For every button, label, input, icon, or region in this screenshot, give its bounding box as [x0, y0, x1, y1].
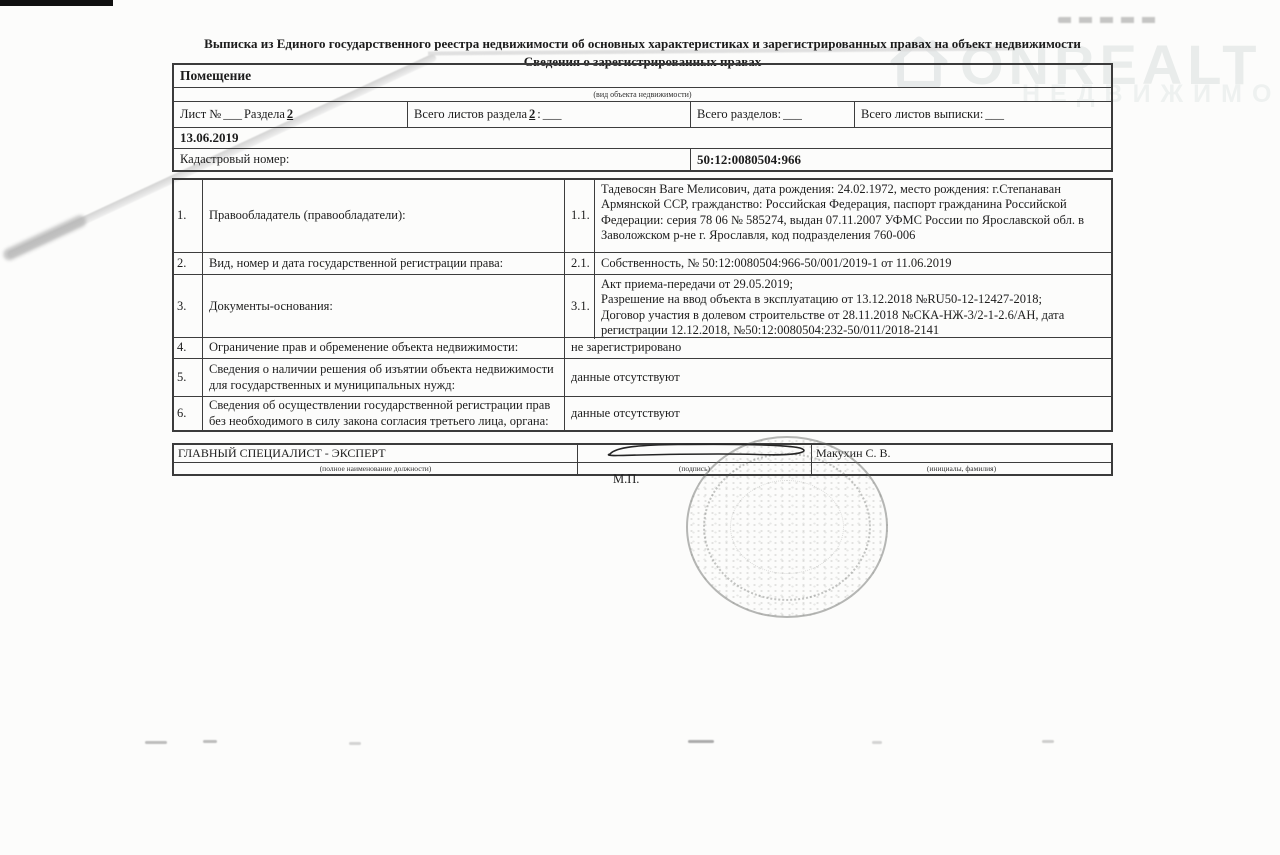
section-number: 2: [285, 107, 295, 122]
position-caption: (полное наименование должности): [174, 463, 577, 474]
date-row: 13.06.2019: [174, 127, 1111, 148]
table-row: 2. Вид, номер и дата государственной рег…: [174, 252, 1111, 274]
official-round-stamp: [686, 436, 888, 618]
row-label: Вид, номер и дата государственной регист…: [202, 253, 564, 274]
handwritten-signature: [598, 441, 816, 461]
object-type-row: Помещение: [174, 65, 1111, 87]
row-label: Правообладатель (правообладатели):: [202, 180, 564, 252]
signature-captions-row: (полное наименование должности) (подпись…: [174, 462, 1111, 474]
sheets-in-section-blank: ___: [541, 107, 564, 122]
sheets-in-section-number: 2: [527, 107, 537, 122]
scan-smudge: [872, 741, 882, 744]
object-type-caption: (вид объекта недвижимости): [593, 91, 691, 99]
sheet-number-cell: Лист № ___ Раздела 2: [174, 102, 407, 127]
row-label: Сведения о наличии решения об изъятии об…: [202, 359, 564, 396]
total-sheets-blank: ___: [983, 107, 1006, 122]
table-row: 1. Правообладатель (правообладатели): 1.…: [174, 180, 1111, 252]
document-title: Выписка из Единого государственного реес…: [150, 36, 1135, 52]
table-row: 6. Сведения об осуществлении государстве…: [174, 396, 1111, 430]
total-sheets-cell: Всего листов выписки: ___: [854, 102, 1111, 127]
official-name: Макухин С. В.: [811, 445, 1111, 462]
row-label: Документы-основания:: [202, 275, 564, 339]
cadastral-row: Кадастровый номер: 50:12:0080504:966: [174, 148, 1111, 170]
sheets-in-section-label: Всего листов раздела: [414, 107, 527, 122]
table-row: 3. Документы-основания: 3.1. Акт приема-…: [174, 274, 1111, 337]
cadastral-number-cell: 50:12:0080504:966: [690, 149, 1111, 170]
sheet-label: Лист №: [180, 107, 221, 122]
row-value: данные отсутствуют: [564, 359, 1111, 396]
table-row: 4. Ограничение прав и обременение объект…: [174, 337, 1111, 358]
row-value: не зарегистрировано: [564, 338, 1111, 358]
row-subnumber: 3.1.: [564, 275, 594, 339]
sheet-blank: ___: [221, 107, 244, 122]
row-label: Сведения об осуществлении государственно…: [202, 397, 564, 430]
scan-smudge: [688, 740, 714, 743]
cadastral-label-cell: Кадастровый номер:: [174, 149, 690, 170]
stamp-place-caption: М.П.: [613, 472, 639, 487]
object-type: Помещение: [180, 68, 251, 84]
cadastral-label: Кадастровый номер:: [180, 152, 289, 167]
row-number: 4.: [174, 338, 202, 358]
section-label: Раздела: [244, 107, 285, 122]
cadastral-number: 50:12:0080504:966: [697, 152, 801, 168]
total-sheets-label: Всего листов выписки:: [861, 107, 983, 122]
registered-rights-table: 1. Правообладатель (правообладатели): 1.…: [172, 178, 1113, 432]
row-value: Собственность, № 50:12:0080504:966-50/00…: [594, 253, 1111, 274]
row-subnumber: 2.1.: [564, 253, 594, 274]
total-sections-blank: ___: [781, 107, 804, 122]
total-sections-cell: Всего разделов: ___: [690, 102, 854, 127]
scan-smudge: [349, 742, 361, 745]
row-value: данные отсутствуют: [564, 397, 1111, 430]
scan-smudge: [145, 741, 167, 744]
row-subnumber: 1.1.: [564, 180, 594, 252]
official-position: ГЛАВНЫЙ СПЕЦИАЛИСТ - ЭКСПЕРТ: [174, 445, 577, 462]
total-sections-label: Всего разделов:: [697, 107, 781, 122]
scan-edge-bar: [0, 0, 113, 6]
sheets-in-section-cell: Всего листов раздела 2 : ___: [407, 102, 690, 127]
object-type-caption-row: (вид объекта недвижимости): [174, 87, 1111, 101]
row-value: Тадевосян Ваге Мелисович, дата рождения:…: [594, 180, 1111, 252]
table-row: 5. Сведения о наличии решения об изъятии…: [174, 358, 1111, 396]
scan-smudge: [203, 740, 217, 743]
sheets-row: Лист № ___ Раздела 2 Всего листов раздел…: [174, 101, 1111, 127]
row-number: 5.: [174, 359, 202, 396]
row-number: 2.: [174, 253, 202, 274]
object-info-table: Помещение (вид объекта недвижимости) Лис…: [172, 63, 1113, 172]
row-value: Акт приема-передачи от 29.05.2019; Разре…: [594, 275, 1111, 339]
scan-smudge: [1042, 740, 1054, 743]
row-number: 6.: [174, 397, 202, 430]
row-number: 3.: [174, 275, 202, 339]
row-number: 1.: [174, 180, 202, 252]
scan-text-fragment: [1058, 17, 1162, 23]
extract-date: 13.06.2019: [180, 130, 239, 146]
row-label: Ограничение прав и обременение объекта н…: [202, 338, 564, 358]
